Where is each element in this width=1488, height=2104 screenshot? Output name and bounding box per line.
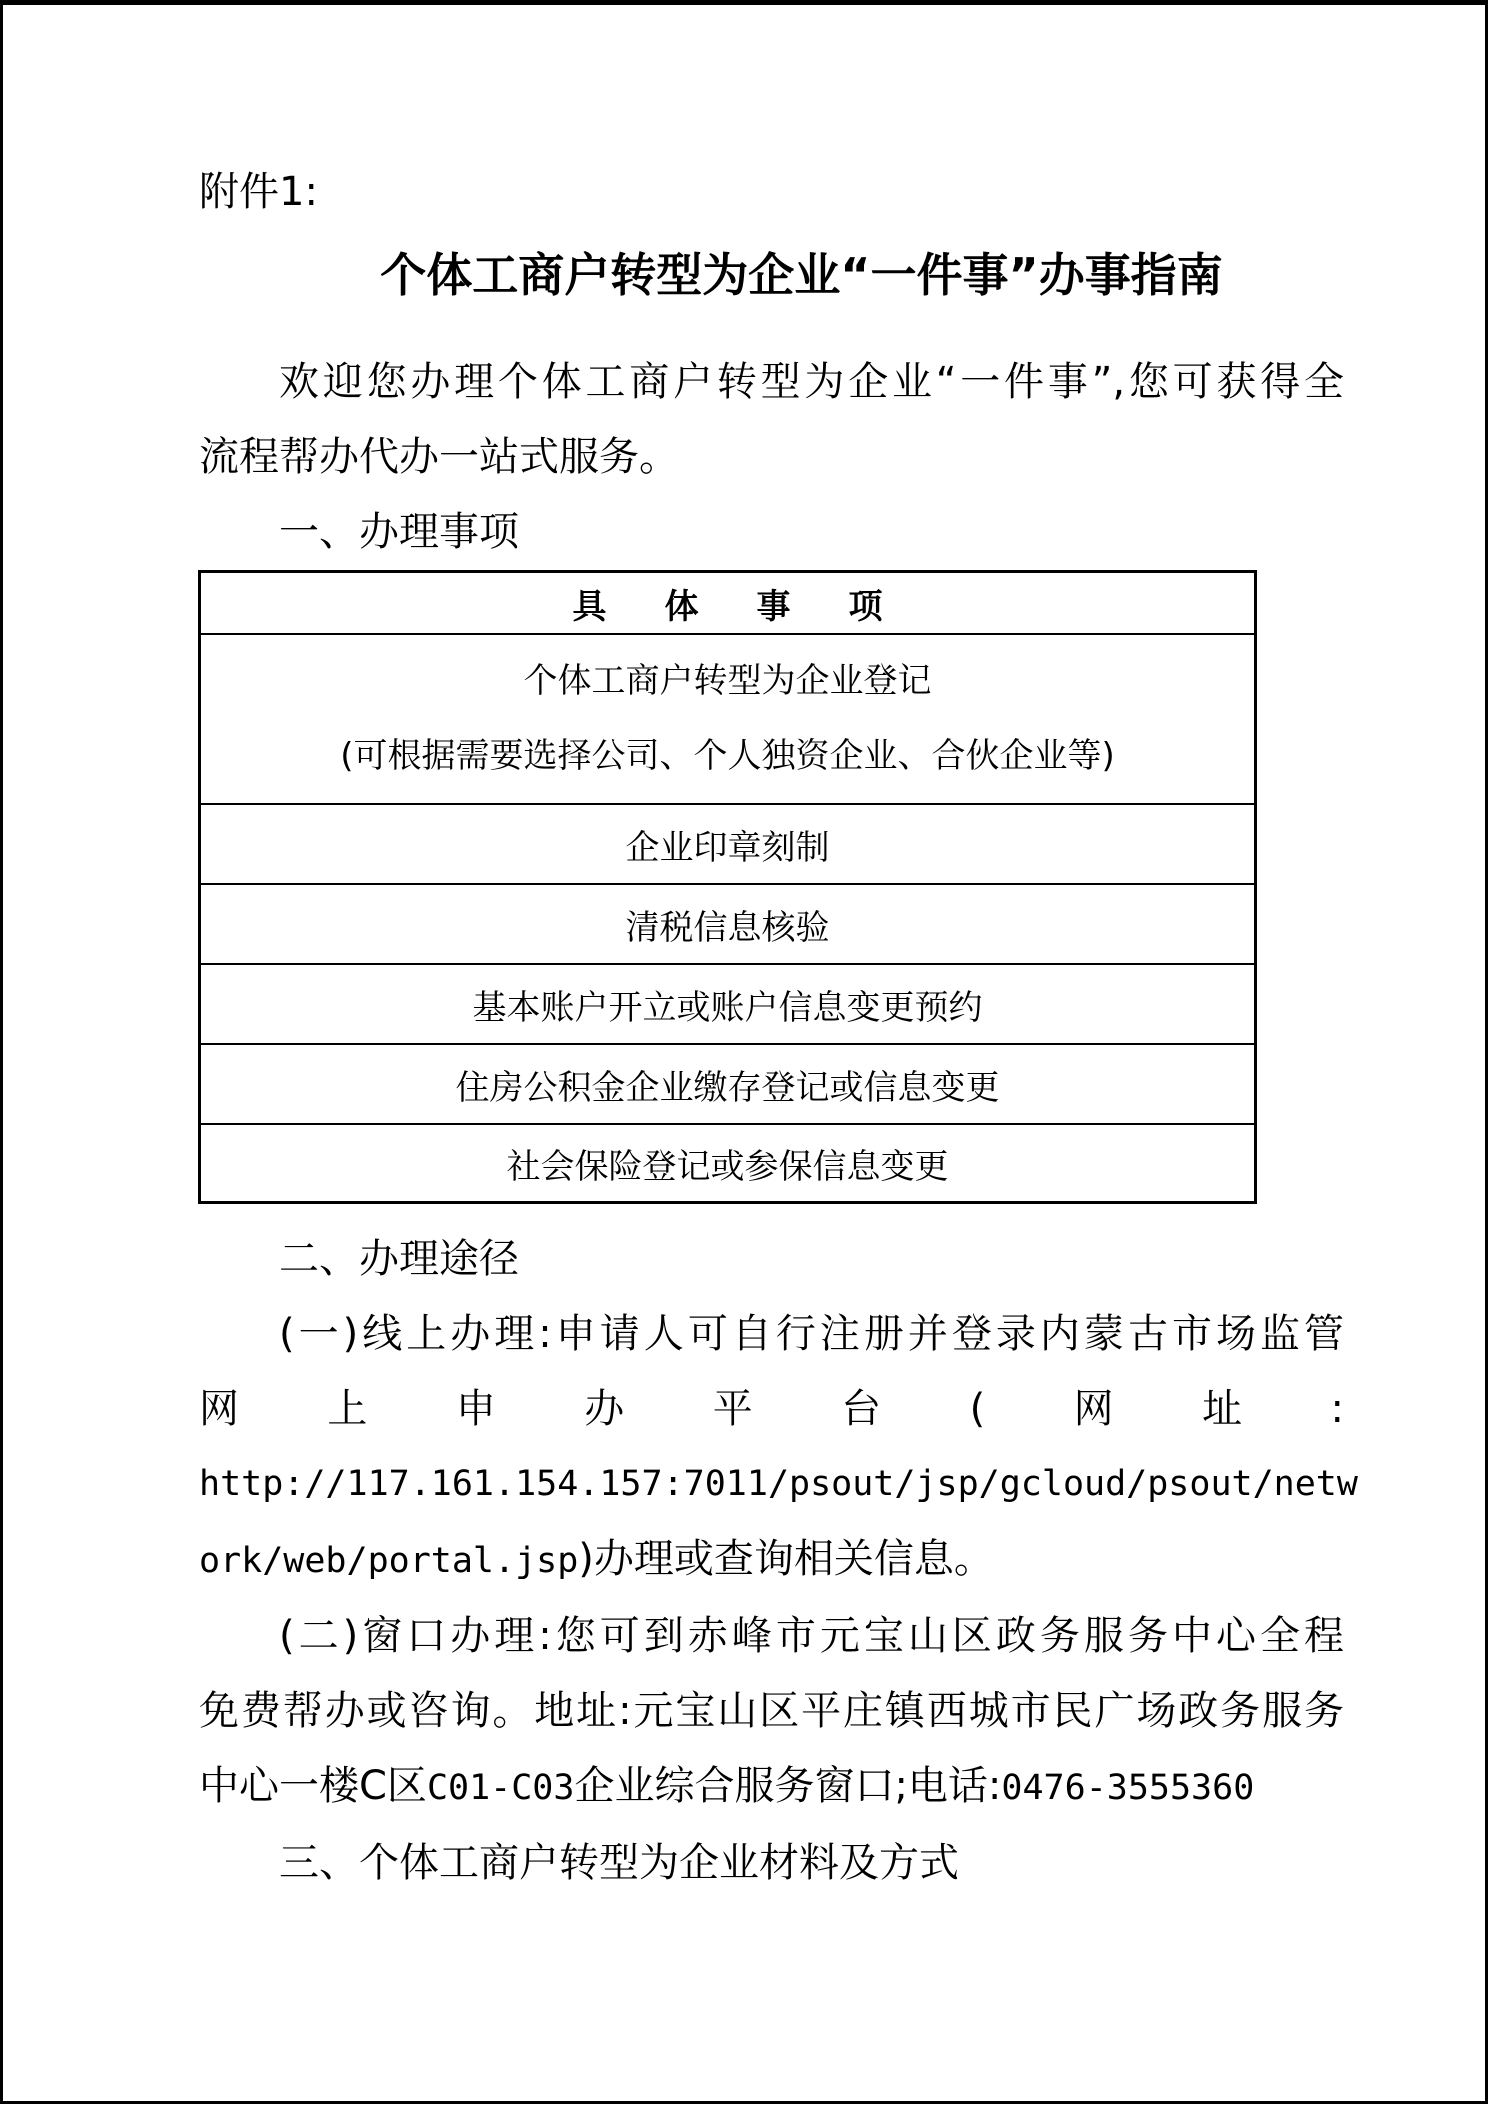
table-row-tax: 清税信息核验 xyxy=(201,883,1254,963)
document-title: 个体工商户转型为企业“一件事”办事指南 xyxy=(199,240,1344,310)
row-text-main: 个体工商户转型为企业登记 xyxy=(524,644,932,719)
window-service-line-2: 免费帮办或咨询。地址:元宝山区平庄镇西城市民广场政务服务 xyxy=(199,1674,1344,1749)
portal-url-line-1: http://117.161.154.157:7011/psout/jsp/gc… xyxy=(199,1447,1344,1522)
online-handling-line-1: (一)线上办理:申请人可自行注册并登录内蒙古市场监管 xyxy=(199,1297,1344,1372)
table-row-social-insurance: 社会保险登记或参保信息变更 xyxy=(201,1123,1254,1201)
window-service-line-1: (二)窗口办理:您可到赤峰市元宝山区政务服务中心全程 xyxy=(199,1599,1344,1674)
portal-url-trailing-text: )办理或查询相关信息。 xyxy=(578,1536,994,1582)
section-2-heading: 二、办理途径 xyxy=(199,1222,1344,1297)
online-handling-line-2: 网上申办平台(网址: xyxy=(199,1372,1344,1447)
phone-label: 企业综合服务窗口;电话: xyxy=(574,1763,1001,1809)
portal-url-continuation: ork/web/portal.jsp xyxy=(199,1541,578,1581)
portal-url-line-2: ork/web/portal.jsp)办理或查询相关信息。 xyxy=(199,1522,1344,1599)
items-table: 具体事项 个体工商户转型为企业登记 (可根据需要选择公司、个人独资企业、合伙企业… xyxy=(198,570,1257,1204)
table-row-seal: 企业印章刻制 xyxy=(201,803,1254,883)
table-row-bank-account: 基本账户开立或账户信息变更预约 xyxy=(201,963,1254,1043)
intro-line-1: 欢迎您办理个体工商户转型为企业“一件事”,您可获得全 xyxy=(199,345,1344,420)
row-text-note: (可根据需要选择公司、个人独资企业、合伙企业等) xyxy=(340,719,1115,794)
intro-line-2: 流程帮办代办一站式服务。 xyxy=(199,420,1344,495)
table-row-registration: 个体工商户转型为企业登记 (可根据需要选择公司、个人独资企业、合伙企业等) xyxy=(201,633,1254,803)
document-content: 附件1: 个体工商户转型为企业“一件事”办事指南 欢迎您办理个体工商户转型为企业… xyxy=(3,155,1485,1901)
section-3-heading: 三、个体工商户转型为企业材料及方式 xyxy=(199,1826,1344,1901)
document-page: 附件1: 个体工商户转型为企业“一件事”办事指南 欢迎您办理个体工商户转型为企业… xyxy=(0,0,1488,2104)
window-code: C01-C03 xyxy=(427,1768,575,1808)
table-header-cell: 具体事项 xyxy=(201,573,1254,633)
window-service-line-3: 中心一楼C区C01-C03企业综合服务窗口;电话:0476-3555360 xyxy=(199,1749,1344,1826)
section-1-heading: 一、办理事项 xyxy=(199,495,1344,570)
phone-number: 0476-3555360 xyxy=(1001,1768,1254,1808)
address-text: 中心一楼C区 xyxy=(199,1763,427,1809)
attachment-label: 附件1: xyxy=(199,155,1344,230)
table-row-housing-fund: 住房公积金企业缴存登记或信息变更 xyxy=(201,1043,1254,1123)
